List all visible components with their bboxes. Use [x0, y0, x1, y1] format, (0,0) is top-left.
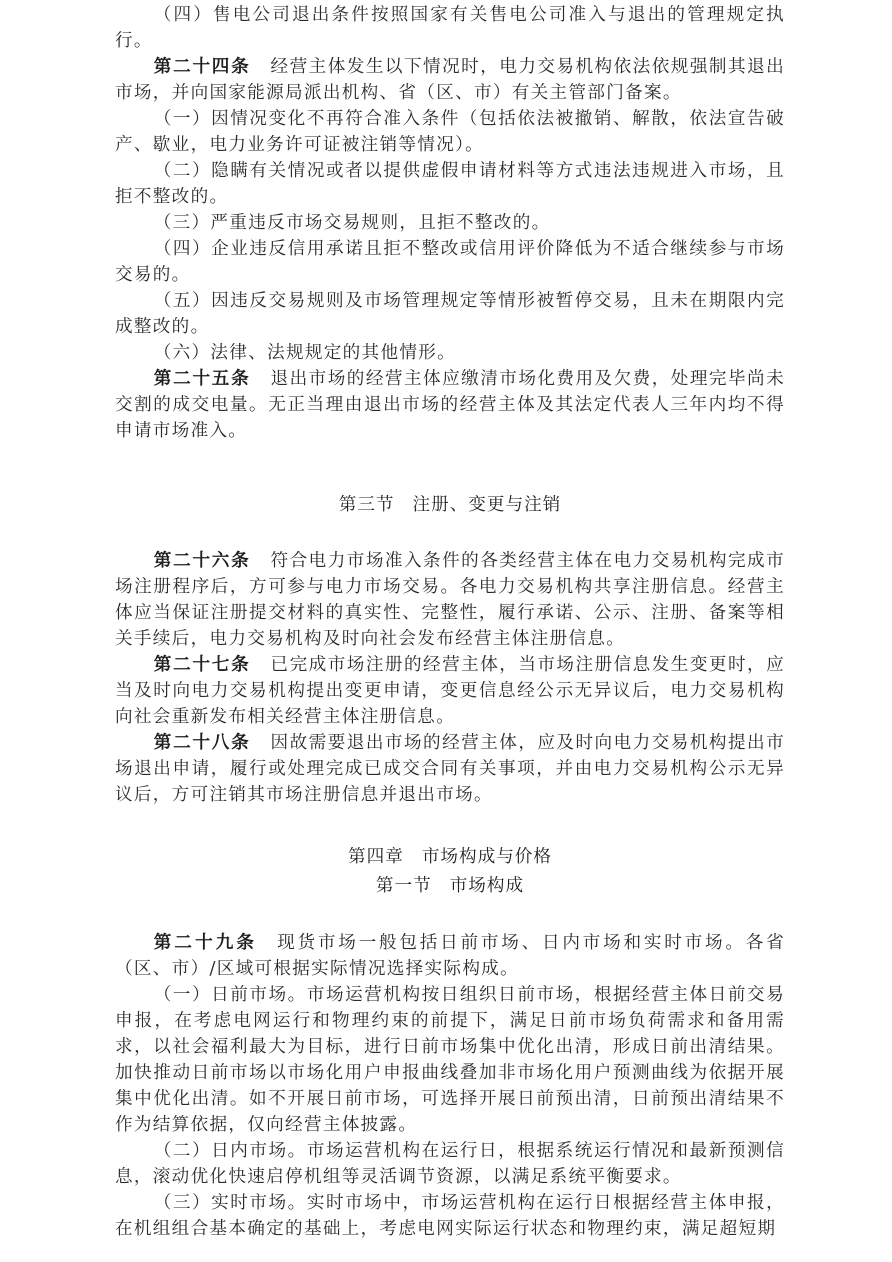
- text-block-market-structure: 第二十九条现货市场一般包括日前市场、日内市场和实时市场。各省（区、市）/区域可根…: [115, 930, 785, 1242]
- article-label: 第二十九条: [154, 933, 257, 953]
- clause-3: （三）严重违反市场交易规则，且拒不整改的。: [115, 210, 785, 236]
- clause-2: （二）隐瞒有关情况或者以提供虚假申请材料等方式违法违规进入市场，且拒不整改的。: [115, 158, 785, 210]
- article-label: 第二十七条: [154, 655, 251, 675]
- clause-6: （六）法律、法规规定的其他情形。: [115, 340, 785, 366]
- clause-intraday-market: （二）日内市场。市场运营机构在运行日，根据系统运行情况和最新预测信息，滚动优化快…: [115, 1138, 785, 1190]
- text-block-exit-rules: （四）售电公司退出条件按照国家有关售电公司准入与退出的管理规定执行。 第二十四条…: [115, 2, 785, 444]
- clause-1: （一）因情况变化不再符合准入条件（包括依法被撤销、解散，依法宣告破产、歇业，电力…: [115, 106, 785, 158]
- article-24: 第二十四条经营主体发生以下情况时，电力交易机构依法依规强制其退出市场，并向国家能…: [115, 54, 785, 106]
- article-25: 第二十五条退出市场的经营主体应缴清市场化费用及欠费，处理完毕尚未交割的成交电量。…: [115, 366, 785, 444]
- article-27: 第二十七条已完成市场注册的经营主体，当市场注册信息发生变更时，应当及时向电力交易…: [115, 652, 785, 730]
- clause-day-ahead-market: （一）日前市场。市场运营机构按日组织日前市场，根据经营主体日前交易申报，在考虑电…: [115, 982, 785, 1138]
- clause-real-time-market: （三）实时市场。实时市场中，市场运营机构在运行日根据经营主体申报，在机组组合基本…: [115, 1190, 785, 1242]
- section-heading-registration: 第三节注册、变更与注销: [115, 492, 785, 518]
- section-heading-market-structure: 第一节市场构成: [115, 873, 785, 899]
- clause-5: （五）因违反交易规则及市场管理规定等情形被暂停交易，且未在期限内完成整改的。: [115, 288, 785, 340]
- text-block-registration: 第二十六条符合电力市场准入条件的各类经营主体在电力交易机构完成市场注册程序后，方…: [115, 548, 785, 808]
- document-page: （四）售电公司退出条件按照国家有关售电公司准入与退出的管理规定执行。 第二十四条…: [0, 0, 892, 1262]
- article-26: 第二十六条符合电力市场准入条件的各类经营主体在电力交易机构完成市场注册程序后，方…: [115, 548, 785, 652]
- clause-4: （四）企业违反信用承诺且拒不整改或信用评价降低为不适合继续参与市场交易的。: [115, 236, 785, 288]
- article-label: 第二十四条: [154, 57, 251, 77]
- article-label: 第二十八条: [154, 733, 251, 753]
- paragraph-retail-exit: （四）售电公司退出条件按照国家有关售电公司准入与退出的管理规定执行。: [115, 2, 785, 54]
- article-label: 第二十五条: [154, 369, 251, 389]
- article-29: 第二十九条现货市场一般包括日前市场、日内市场和实时市场。各省（区、市）/区域可根…: [115, 930, 785, 982]
- article-label: 第二十六条: [154, 551, 251, 571]
- chapter-heading-market-structure-price: 第四章市场构成与价格: [115, 844, 785, 870]
- article-28: 第二十八条因故需要退出市场的经营主体，应及时向电力交易机构提出市场退出申请，履行…: [115, 730, 785, 808]
